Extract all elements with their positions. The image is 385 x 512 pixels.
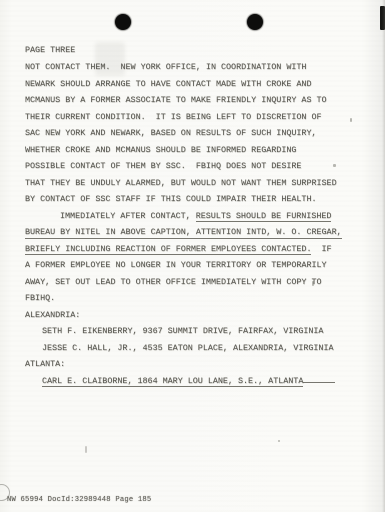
document-line: BRIEFLY INCLUDING REACTION OF FORMER EMP… <box>25 241 379 258</box>
hole-punch-dot-right <box>247 14 263 30</box>
document-line: POSSIBLE CONTACT OF THEM BY SSC. FBIHQ D… <box>25 158 379 175</box>
document-line: THAT THEY BE UNDULY ALARMED, BUT WOULD N… <box>25 175 379 192</box>
archive-footer-stamp: NW 65994 DocId:32989448 Page 185 <box>7 496 151 504</box>
scan-speck <box>278 440 280 442</box>
page-number-label: PAGE THREE <box>25 42 75 59</box>
document-line: SAC NEW YORK AND NEWARK, BASED ON RESULT… <box>25 125 379 142</box>
office-heading-atlanta: ATLANTA: <box>25 356 379 373</box>
underlined-text: BUREAU BY NITEL IN ABOVE CAPTION, ATTENT… <box>25 227 342 239</box>
document-line: FBIHQ. <box>25 290 379 307</box>
underline-extension <box>303 380 335 383</box>
lead-address-line: SETH F. EIKENBERRY, 9367 SUMMIT DRIVE, F… <box>25 323 379 340</box>
document-line: AWAY, SET OUT LEAD TO OTHER OFFICE IMMED… <box>25 274 379 291</box>
document-line: NEWARK SHOULD ARRANGE TO HAVE CONTACT MA… <box>25 76 379 93</box>
document-line: IMMEDIATELY AFTER CONTACT, RESULTS SHOUL… <box>25 208 379 225</box>
document-line: BY CONTACT OF SSC STAFF IF THIS COULD IM… <box>25 191 379 208</box>
document-line: THEIR CURRENT CONDITION. IT IS BEING LEF… <box>25 109 379 126</box>
lead-address-line: CARL E. CLAIBORNE, 1864 MARY LOU LANE, S… <box>25 373 379 390</box>
hole-punch-dot-left <box>115 14 131 30</box>
document-line: MCMANUS BY A FORMER ASSOCIATE TO MAKE FR… <box>25 92 379 109</box>
underlined-text: RESULTS SHOULD BE FURNISHED <box>196 211 332 223</box>
document-line: A FORMER EMPLOYEE NO LONGER IN YOUR TERR… <box>25 257 379 274</box>
document-body: NOT CONTACT THEM. NEW YORK OFFICE, IN CO… <box>25 59 379 389</box>
document-line: NOT CONTACT THEM. NEW YORK OFFICE, IN CO… <box>25 59 379 76</box>
line-text: IF <box>311 244 331 254</box>
scan-speck <box>85 446 87 453</box>
scanned-document-page: PAGE THREE NOT CONTACT THEM. NEW YORK OF… <box>0 0 385 512</box>
office-heading-alexandria: ALEXANDRIA: <box>25 307 379 324</box>
underlined-text: CARL E. CLAIBORNE, 1864 MARY LOU LANE, S… <box>42 376 303 388</box>
underlined-text: BRIEFLY INCLUDING REACTION OF FORMER EMP… <box>25 244 311 256</box>
document-line: BUREAU BY NITEL IN ABOVE CAPTION, ATTENT… <box>25 224 379 241</box>
line-text: IMMEDIATELY AFTER CONTACT, <box>60 211 196 221</box>
lead-address-line: JESSE C. HALL, JR., 4535 EATON PLACE, AL… <box>25 340 379 357</box>
document-line: WHETHER CROKE AND MCMANUS SHOULD BE INFO… <box>25 142 379 159</box>
